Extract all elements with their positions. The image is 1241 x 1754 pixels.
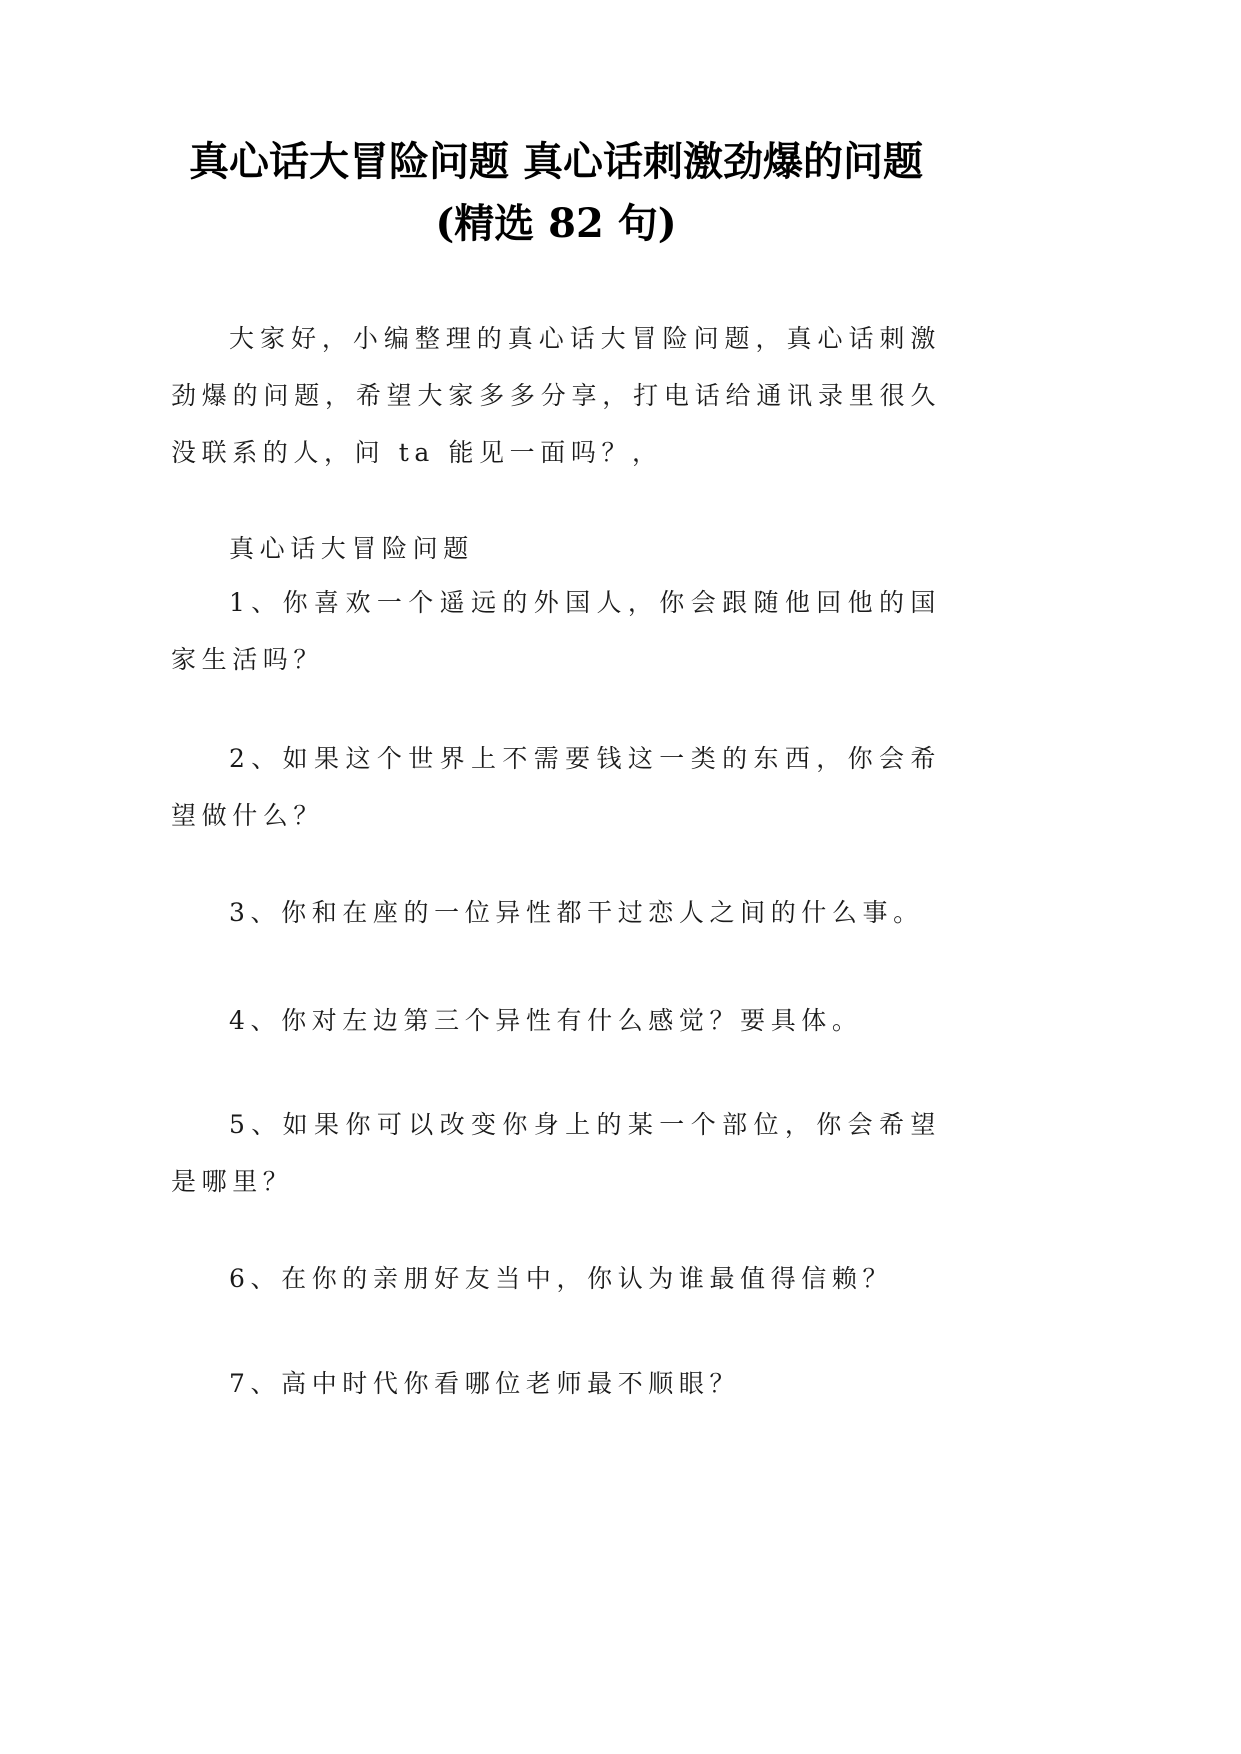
question-item: 3、你和在座的一位异性都干过恋人之间的什么事。 (171, 884, 941, 941)
question-item: 5、如果你可以改变你身上的某一个部位，你会希望是哪里？ (171, 1096, 941, 1210)
question-item: 1、你喜欢一个遥远的外国人，你会跟随他回他的国家生活吗？ (171, 574, 941, 688)
question-item: 7、高中时代你看哪位老师最不顺眼？ (171, 1355, 941, 1412)
question-item: 6、在你的亲朋好友当中，你认为谁最值得信赖？ (171, 1250, 941, 1307)
document-title: 真心话大冒险问题 真心话刺激劲爆的问题 (精选 82 句) (171, 131, 941, 255)
question-item: 2、如果这个世界上不需要钱这一类的东西，你会希望做什么？ (171, 730, 941, 844)
title-line-1: 真心话大冒险问题 真心话刺激劲爆的问题 (171, 131, 941, 193)
title-line-2: (精选 82 句) (171, 193, 941, 255)
intro-paragraph: 大家好，小编整理的真心话大冒险问题，真心话刺激劲爆的问题，希望大家多多分享，打电… (171, 310, 941, 481)
section-heading: 真心话大冒险问题 (171, 520, 941, 577)
question-item: 4、你对左边第三个异性有什么感觉？要具体。 (171, 992, 941, 1049)
